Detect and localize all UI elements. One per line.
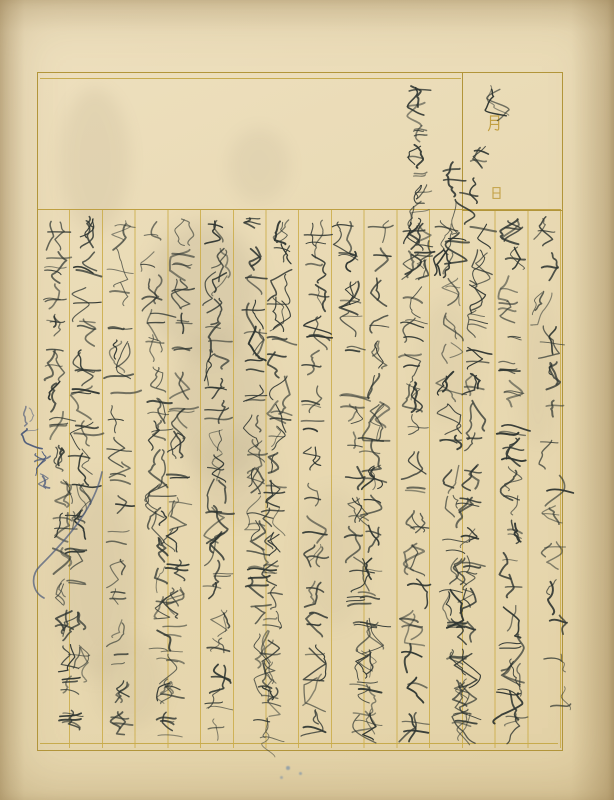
transcription: 七月十四日 晴後雨 月 日 始めてラヂオを設置す 武林の一 — [0, 0, 1, 1]
diary-page: 正午岸田新部長の披露宴に出席する為め公会堂へ行って上長の演説をきいて晩餐を食んで… — [0, 0, 614, 800]
handwritten-char — [18, 404, 38, 429]
ink-speckle — [299, 772, 302, 775]
column-text: 武林の一 — [7, 410, 8, 411]
printed-day-glyph — [491, 186, 502, 200]
ink-speckle — [286, 766, 290, 770]
printed-month-glyph — [487, 114, 501, 132]
ink-speckle — [280, 776, 283, 779]
date-box — [462, 72, 562, 211]
column-grid — [38, 209, 561, 748]
